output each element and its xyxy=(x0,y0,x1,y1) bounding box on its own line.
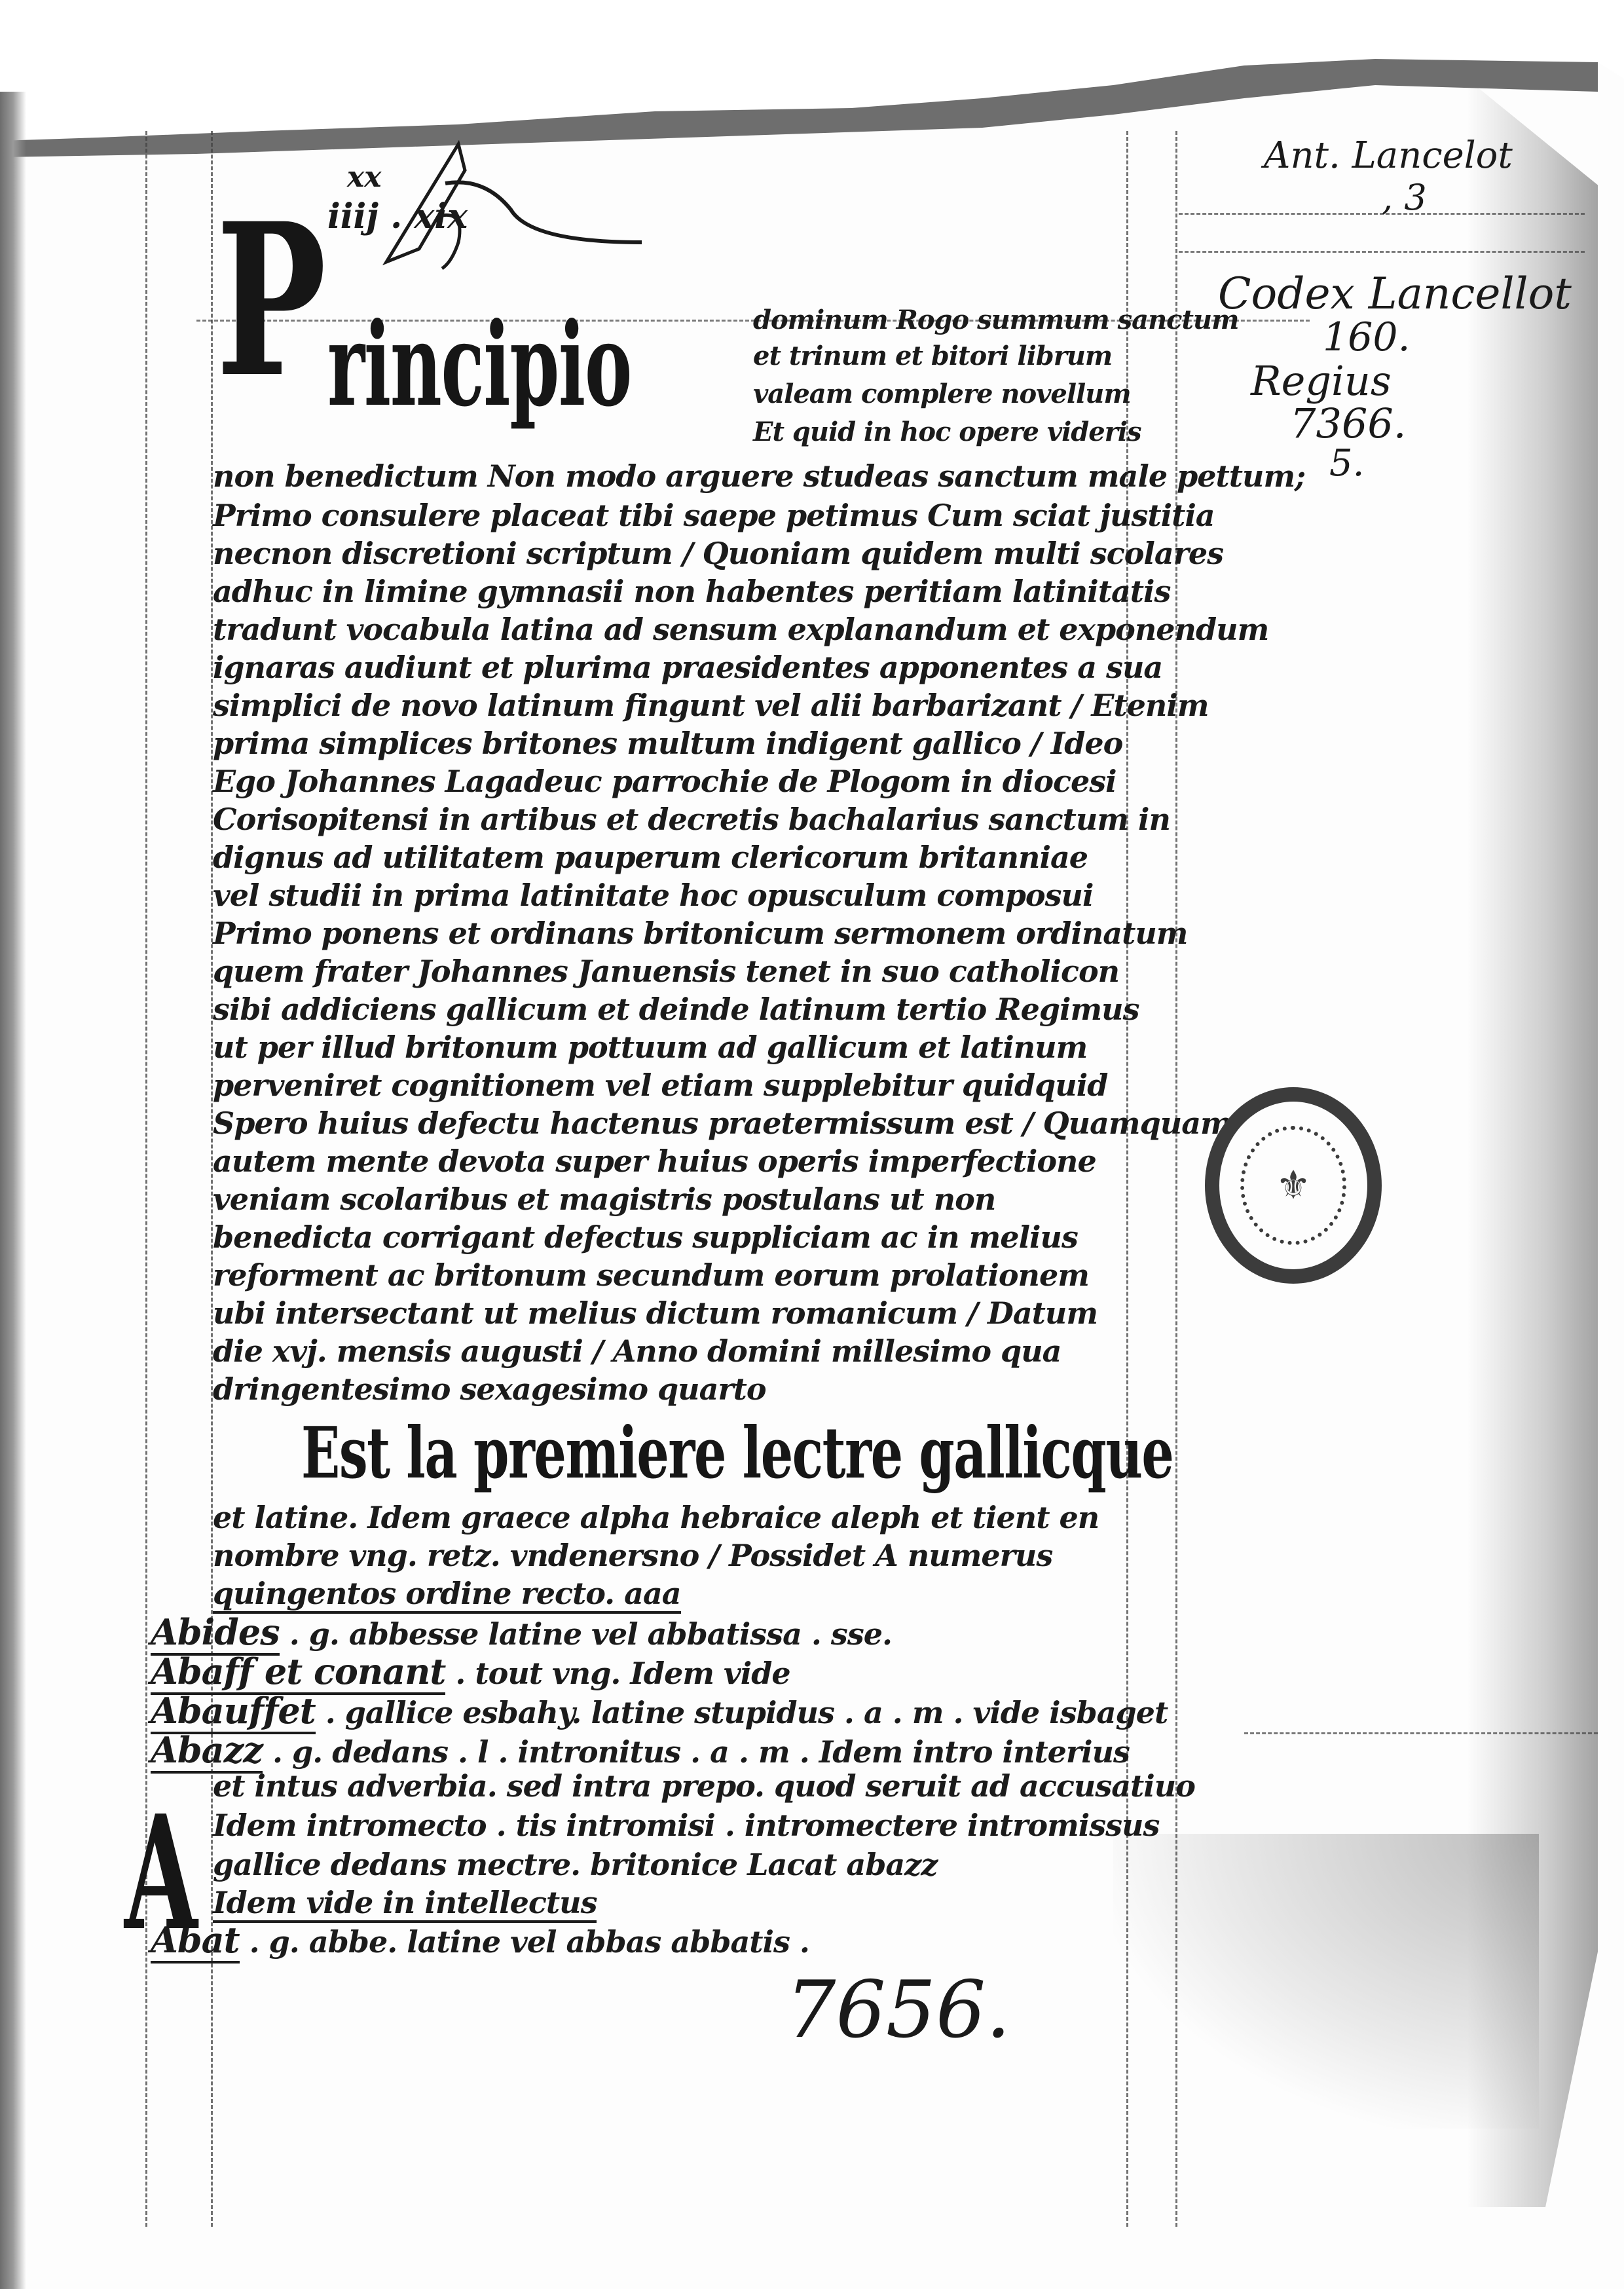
incipit-side-line-1: dominum Rogo summum sanctum xyxy=(753,305,1238,335)
text-line-4: adhuc in limine gymnasii non habentes pe… xyxy=(213,574,1170,609)
entry-text: Idem intromecto . tis intromisi . introm… xyxy=(213,1808,1159,1843)
text-line-3: necnon discretioni scriptum / Quoniam qu… xyxy=(213,536,1223,571)
library-stamp: ⚜ xyxy=(1205,1087,1382,1284)
text-line-22: reforment ac britonum secundum eorum pro… xyxy=(213,1257,1089,1293)
entry-text: . g. abbesse latine vel abbatissa . sse. xyxy=(289,1616,892,1652)
quill-flourish-icon xyxy=(380,131,642,275)
bottom-shelf-number: 7656. xyxy=(786,1965,1011,2056)
annotation-number-3: , 3 xyxy=(1382,177,1427,218)
incipit-side-line-3: valeam complere novellum xyxy=(753,379,1131,409)
ruling-line-bottom-right xyxy=(1244,1732,1598,1734)
text-line-11: dignus ad utilitatem pauperum clericorum… xyxy=(213,840,1088,875)
entry-text: Idem vide in intellectus xyxy=(213,1885,597,1920)
text-line-6: ignaras audiunt et plurima praesidentes … xyxy=(213,650,1162,685)
heading-continuation-2: nombre vng. retz. vndenersno / Possidet … xyxy=(213,1538,1052,1573)
ruling-line-right-outer xyxy=(1175,131,1177,2227)
dictionary-entry: et intus adverbia. sed intra prepo. quod… xyxy=(213,1768,1195,1804)
annotation-5: 5. xyxy=(1329,442,1364,485)
entry-headword: Abazz xyxy=(151,1729,263,1774)
text-line-23: ubi intersectant ut melius dictum romani… xyxy=(213,1295,1098,1331)
section-heading: Est la premiere lectre gallicque xyxy=(301,1418,1173,1489)
entry-headword: Abaff et conant xyxy=(151,1650,445,1695)
entry-text: et intus adverbia. sed intra prepo. quod… xyxy=(213,1768,1195,1804)
text-line-13: Primo ponens et ordinans britonicum serm… xyxy=(213,916,1187,951)
fleur-de-lis-icon: ⚜ xyxy=(1240,1126,1346,1245)
large-initial-a: A xyxy=(124,1795,198,1952)
text-line-8: prima simplices britones multum indigent… xyxy=(213,726,1122,761)
text-line-7: simplici de novo latinum fingunt vel ali… xyxy=(213,688,1209,723)
entry-text: . tout vng. Idem vide xyxy=(455,1656,790,1691)
entry-text: . g. abbe. latine vel abbas abbatis . xyxy=(249,1924,809,1960)
text-line-19: autem mente devota super huius operis im… xyxy=(213,1144,1096,1179)
text-line-14: quem frater Johannes Januensis tenet in … xyxy=(213,954,1119,989)
text-line-1: non benedictum Non modo arguere studeas … xyxy=(213,458,1305,494)
dictionary-entry: Abaff et conant . tout vng. Idem vide xyxy=(151,1650,790,1692)
text-line-16: ut per illud britonum pottuum ad gallicu… xyxy=(213,1030,1087,1065)
heading-continuation-3: quingentos ordine recto. aaa xyxy=(213,1576,681,1614)
annotation-7366: 7366. xyxy=(1290,400,1407,447)
dictionary-entry: gallice dedans mectre. britonice Lacat a… xyxy=(213,1847,937,1882)
dictionary-entry: Abazz . g. dedans . l . intronitus . a .… xyxy=(151,1729,1130,1771)
dictionary-entry: Abat . g. abbe. latine vel abbas abbatis… xyxy=(151,1919,809,1961)
left-binding-shadow xyxy=(0,92,26,2289)
torn-top-edge xyxy=(0,0,1624,157)
annotation-ant-lancelot: Ant. Lancelot xyxy=(1264,134,1513,177)
annotation-160: 160. xyxy=(1323,314,1411,360)
entry-text: gallice dedans mectre. britonice Lacat a… xyxy=(213,1847,937,1882)
ruling-line-top-margin-2 xyxy=(1179,251,1585,253)
text-line-9: Ego Johannes Lagadeuc parrochie de Plogo… xyxy=(213,764,1116,799)
text-line-24: die xvj. mensis augusti / Anno domini mi… xyxy=(213,1333,1061,1369)
annotation-regius: Regius xyxy=(1251,357,1392,405)
text-line-5: tradunt vocabula latina ad sensum explan… xyxy=(213,612,1268,647)
folio-mark-top: xx xyxy=(347,160,381,194)
entry-headword: Abides xyxy=(151,1611,280,1656)
entry-headword: Abauffet xyxy=(151,1690,316,1734)
text-line-20: veniam scolaribus et magistris postulans… xyxy=(213,1182,995,1217)
text-line-17: perveniret cognitionem vel etiam suppleb… xyxy=(213,1068,1107,1103)
entry-text: . gallice esbahy. latine stupidus . a . … xyxy=(325,1695,1168,1730)
text-line-18: Spero huius defectu hactenus praetermiss… xyxy=(213,1106,1232,1141)
incipit-side-line-4: Et quid in hoc opere videris xyxy=(753,417,1141,447)
annotation-codex-lancellot: Codex Lancellot xyxy=(1218,269,1572,319)
incipit-side-line-2: et trinum et bitori librum xyxy=(753,341,1112,371)
text-line-12: vel studii in prima latinitate hoc opusc… xyxy=(213,878,1093,913)
dictionary-entry: Idem intromecto . tis intromisi . introm… xyxy=(213,1808,1159,1843)
incipit-word: rincipio xyxy=(327,308,631,422)
dictionary-entry: Idem vide in intellectus xyxy=(213,1885,597,1923)
text-line-15: sibi addiciens gallicum et deinde latinu… xyxy=(213,992,1139,1027)
text-line-10: Corisopitensi in artibus et decretis bac… xyxy=(213,802,1170,837)
text-line-2: Primo consulere placeat tibi saepe petim… xyxy=(213,498,1215,533)
entry-text: . g. dedans . l . intronitus . a . m . I… xyxy=(272,1734,1130,1770)
dictionary-entry: Abides . g. abbesse latine vel abbatissa… xyxy=(151,1611,892,1653)
text-line-25: dringentesimo sexagesimo quarto xyxy=(213,1371,766,1407)
incipit-initial-letter: P xyxy=(216,196,326,406)
text-line-21: benedicta corrigant defectus suppliciam … xyxy=(213,1219,1078,1255)
manuscript-page: xx iiij . xix Ant. Lancelot , 3 Codex La… xyxy=(0,0,1624,2289)
dictionary-entry: Abauffet . gallice esbahy. latine stupid… xyxy=(151,1690,1168,1732)
heading-continuation-1: et latine. Idem graece alpha hebraice al… xyxy=(213,1500,1099,1535)
